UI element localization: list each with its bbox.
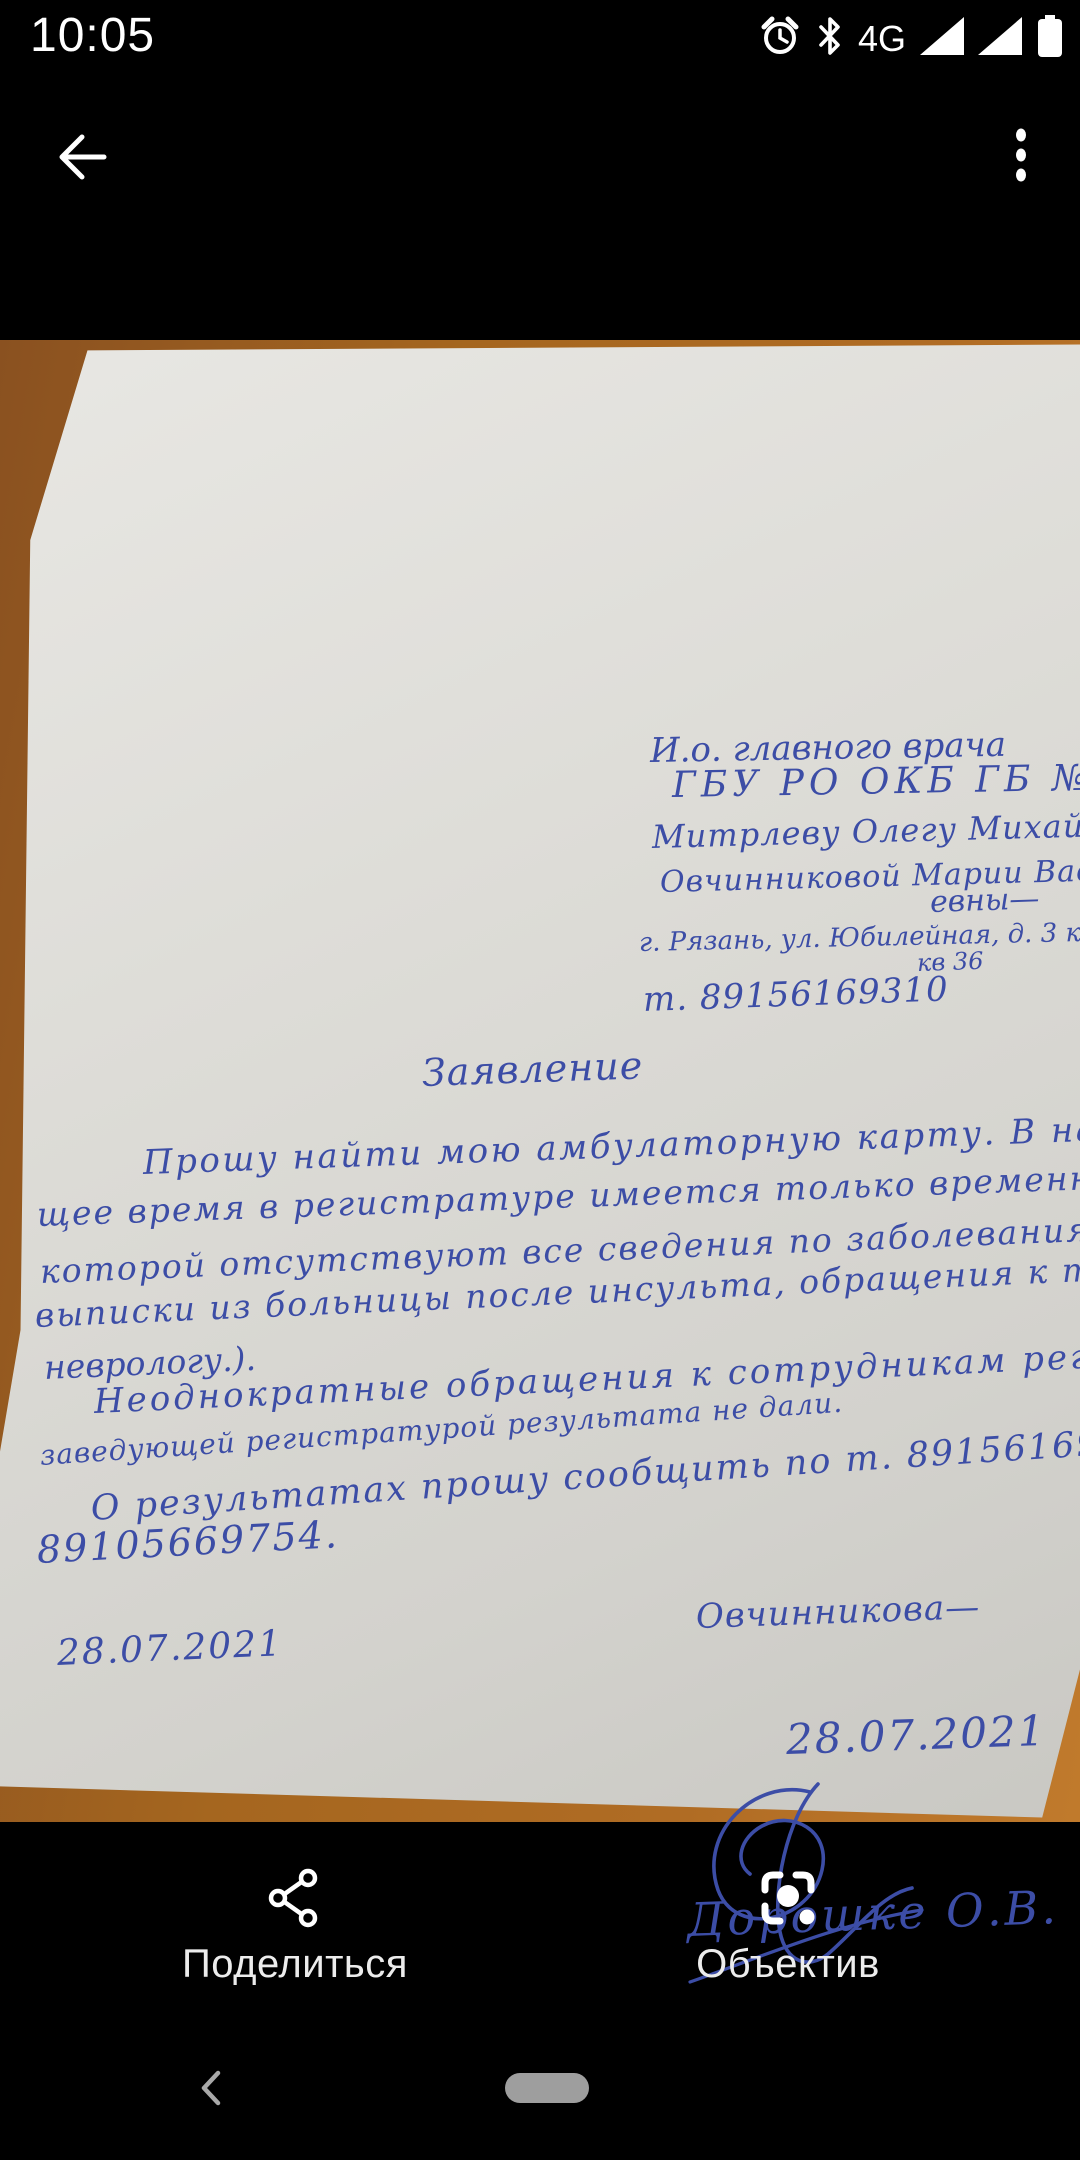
status-bar: 10:05 4G [0, 0, 1080, 75]
back-arrow-icon [52, 127, 112, 187]
signal-icon [978, 17, 1022, 60]
doc-applicant-signature: Овчинникова— [695, 1590, 980, 1634]
overflow-menu-icon [1006, 127, 1036, 183]
status-time: 10:05 [30, 8, 155, 63]
doc-title: Заявление [421, 1046, 643, 1092]
doc-date: 28.07.2021 [56, 1626, 283, 1672]
lens-icon [758, 1868, 818, 1928]
nav-back-icon [198, 2070, 224, 2106]
share-button[interactable]: Поделиться [165, 1868, 425, 1987]
nav-back-button[interactable] [198, 2070, 224, 2106]
network-type-label: 4G [858, 18, 906, 60]
photo-viewer-image[interactable]: И.о. главного врача ГБУ РО ОКБ ГБ №10 Ми… [0, 340, 1080, 1822]
doc-header-line: ГБУ РО ОКБ ГБ №10 [672, 760, 1080, 804]
nav-home-pill[interactable] [505, 2073, 589, 2103]
battery-icon [1036, 14, 1064, 63]
doc-resolution-date: 28.07.2021 [785, 1710, 1047, 1761]
share-button-label: Поделиться [182, 1942, 408, 1987]
app-bar [0, 75, 1080, 205]
doc-header-line: т. 89156169310 [642, 972, 949, 1017]
share-icon [265, 1868, 325, 1928]
phone-screen: 10:05 4G [0, 0, 1080, 2160]
bluetooth-icon [816, 14, 844, 63]
back-button[interactable] [52, 127, 112, 187]
doc-header-line: евны— [929, 884, 1039, 918]
overflow-menu-button[interactable] [1006, 127, 1036, 183]
status-icons: 4G [758, 14, 1064, 63]
lens-button-label: Объектив [696, 1942, 880, 1987]
alarm-icon [758, 14, 802, 63]
signal-icon [920, 17, 964, 60]
lens-button[interactable]: Объектив [678, 1868, 898, 1987]
